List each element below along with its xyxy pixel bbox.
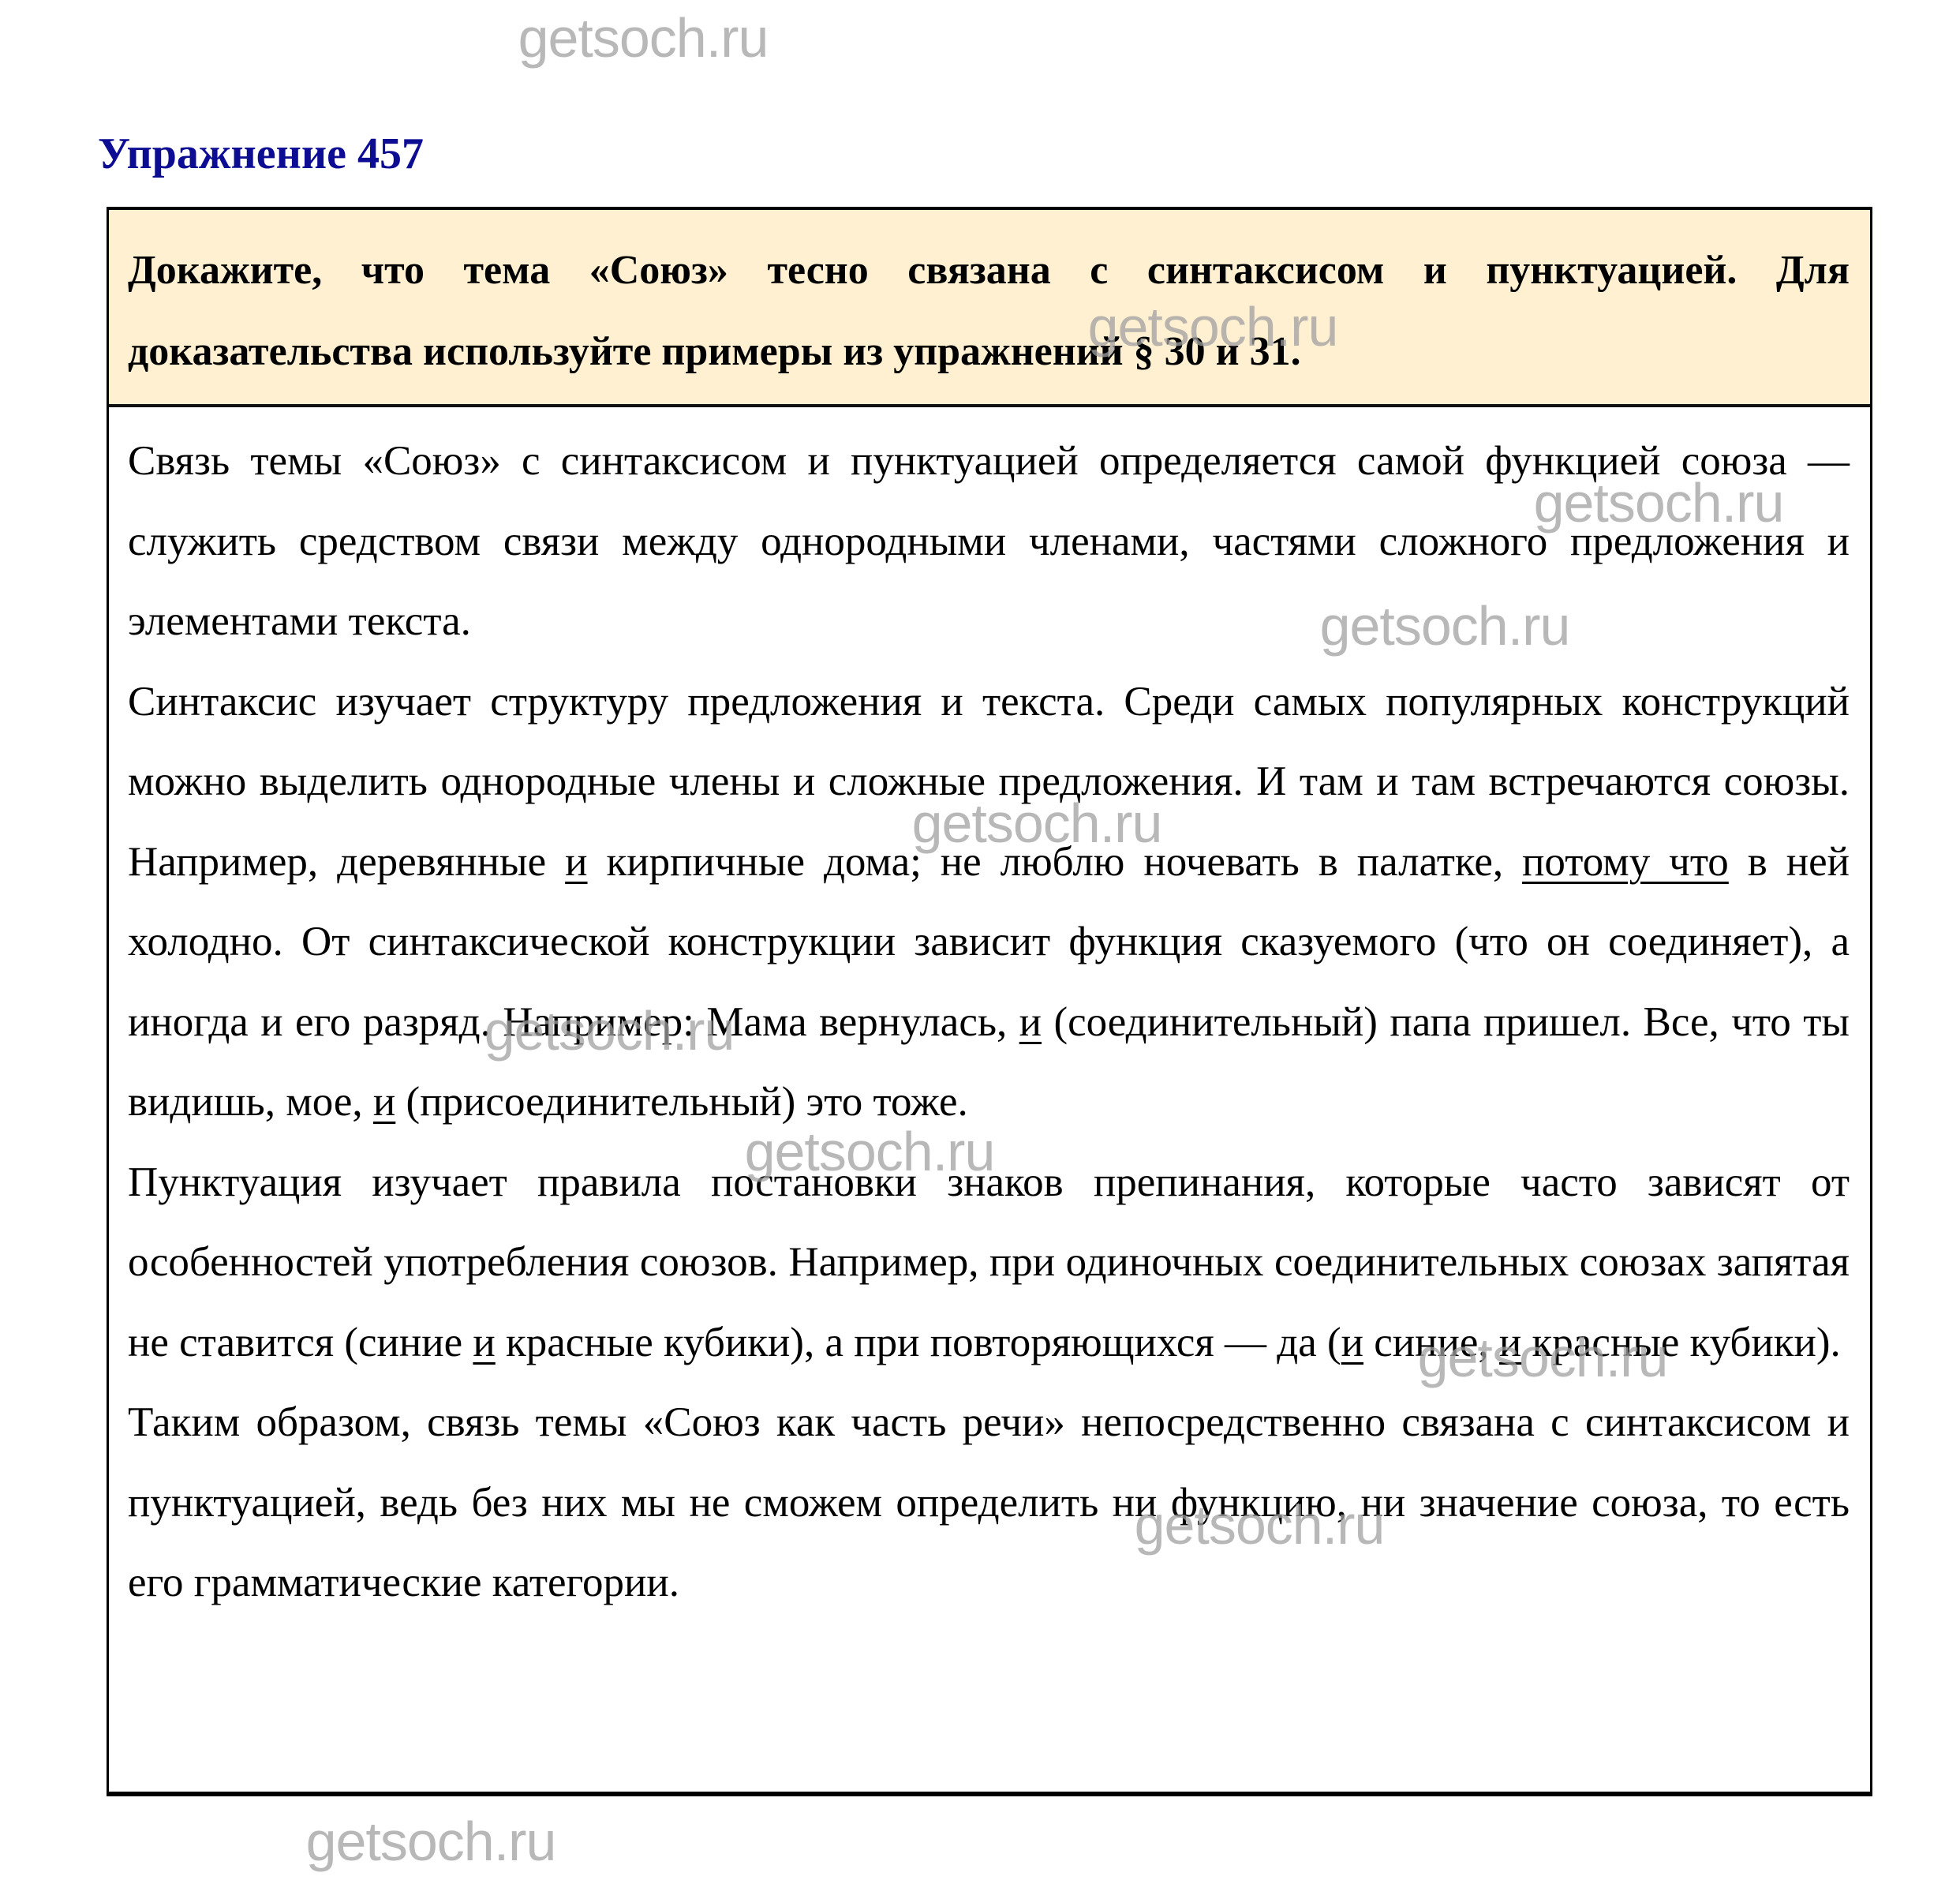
text-run: Таким образом, связь темы «Союз как част… (128, 1399, 1850, 1605)
answer-panel: Связь темы «Союз» с синтаксисом и пункту… (109, 407, 1870, 1623)
underlined-conjunction: и (1499, 1320, 1521, 1365)
answer-paragraph: Таким образом, связь темы «Союз как част… (128, 1383, 1850, 1623)
task-text: Докажите, что тема «Союз» тесно связана … (128, 230, 1850, 392)
underlined-conjunction: и (565, 839, 587, 885)
task-panel: Докажите, что тема «Союз» тесно связана … (109, 210, 1870, 407)
answer-paragraph: Связь темы «Союз» с синтаксисом и пункту… (128, 421, 1850, 662)
underlined-conjunction: и (473, 1320, 495, 1365)
text-run: красные кубики). (1521, 1320, 1840, 1365)
watermark: getsoch.ru (306, 1810, 556, 1873)
text-run: красные кубики), а при повторяющихся — д… (496, 1320, 1341, 1365)
text-run: кирпичные дома; не люблю ночевать в пала… (588, 839, 1523, 885)
underlined-conjunction: потому что (1522, 839, 1729, 885)
text-run: синие, (1363, 1320, 1499, 1365)
underlined-conjunction: и (373, 1079, 395, 1125)
text-run: (присоединительный) это тоже. (395, 1079, 968, 1125)
underlined-conjunction: и (1341, 1320, 1363, 1365)
watermark: getsoch.ru (518, 6, 769, 69)
exercise-title: Упражнение 457 (98, 126, 424, 182)
underlined-conjunction: и (1019, 999, 1042, 1045)
text-run: Связь темы «Союз» с синтаксисом и пункту… (128, 438, 1850, 644)
answer-paragraph: Синтаксис изучает структуру предложения … (128, 662, 1850, 1143)
exercise-box: Докажите, что тема «Союз» тесно связана … (107, 207, 1872, 1796)
answer-paragraph: Пунктуация изучает правила постановки зн… (128, 1143, 1850, 1384)
